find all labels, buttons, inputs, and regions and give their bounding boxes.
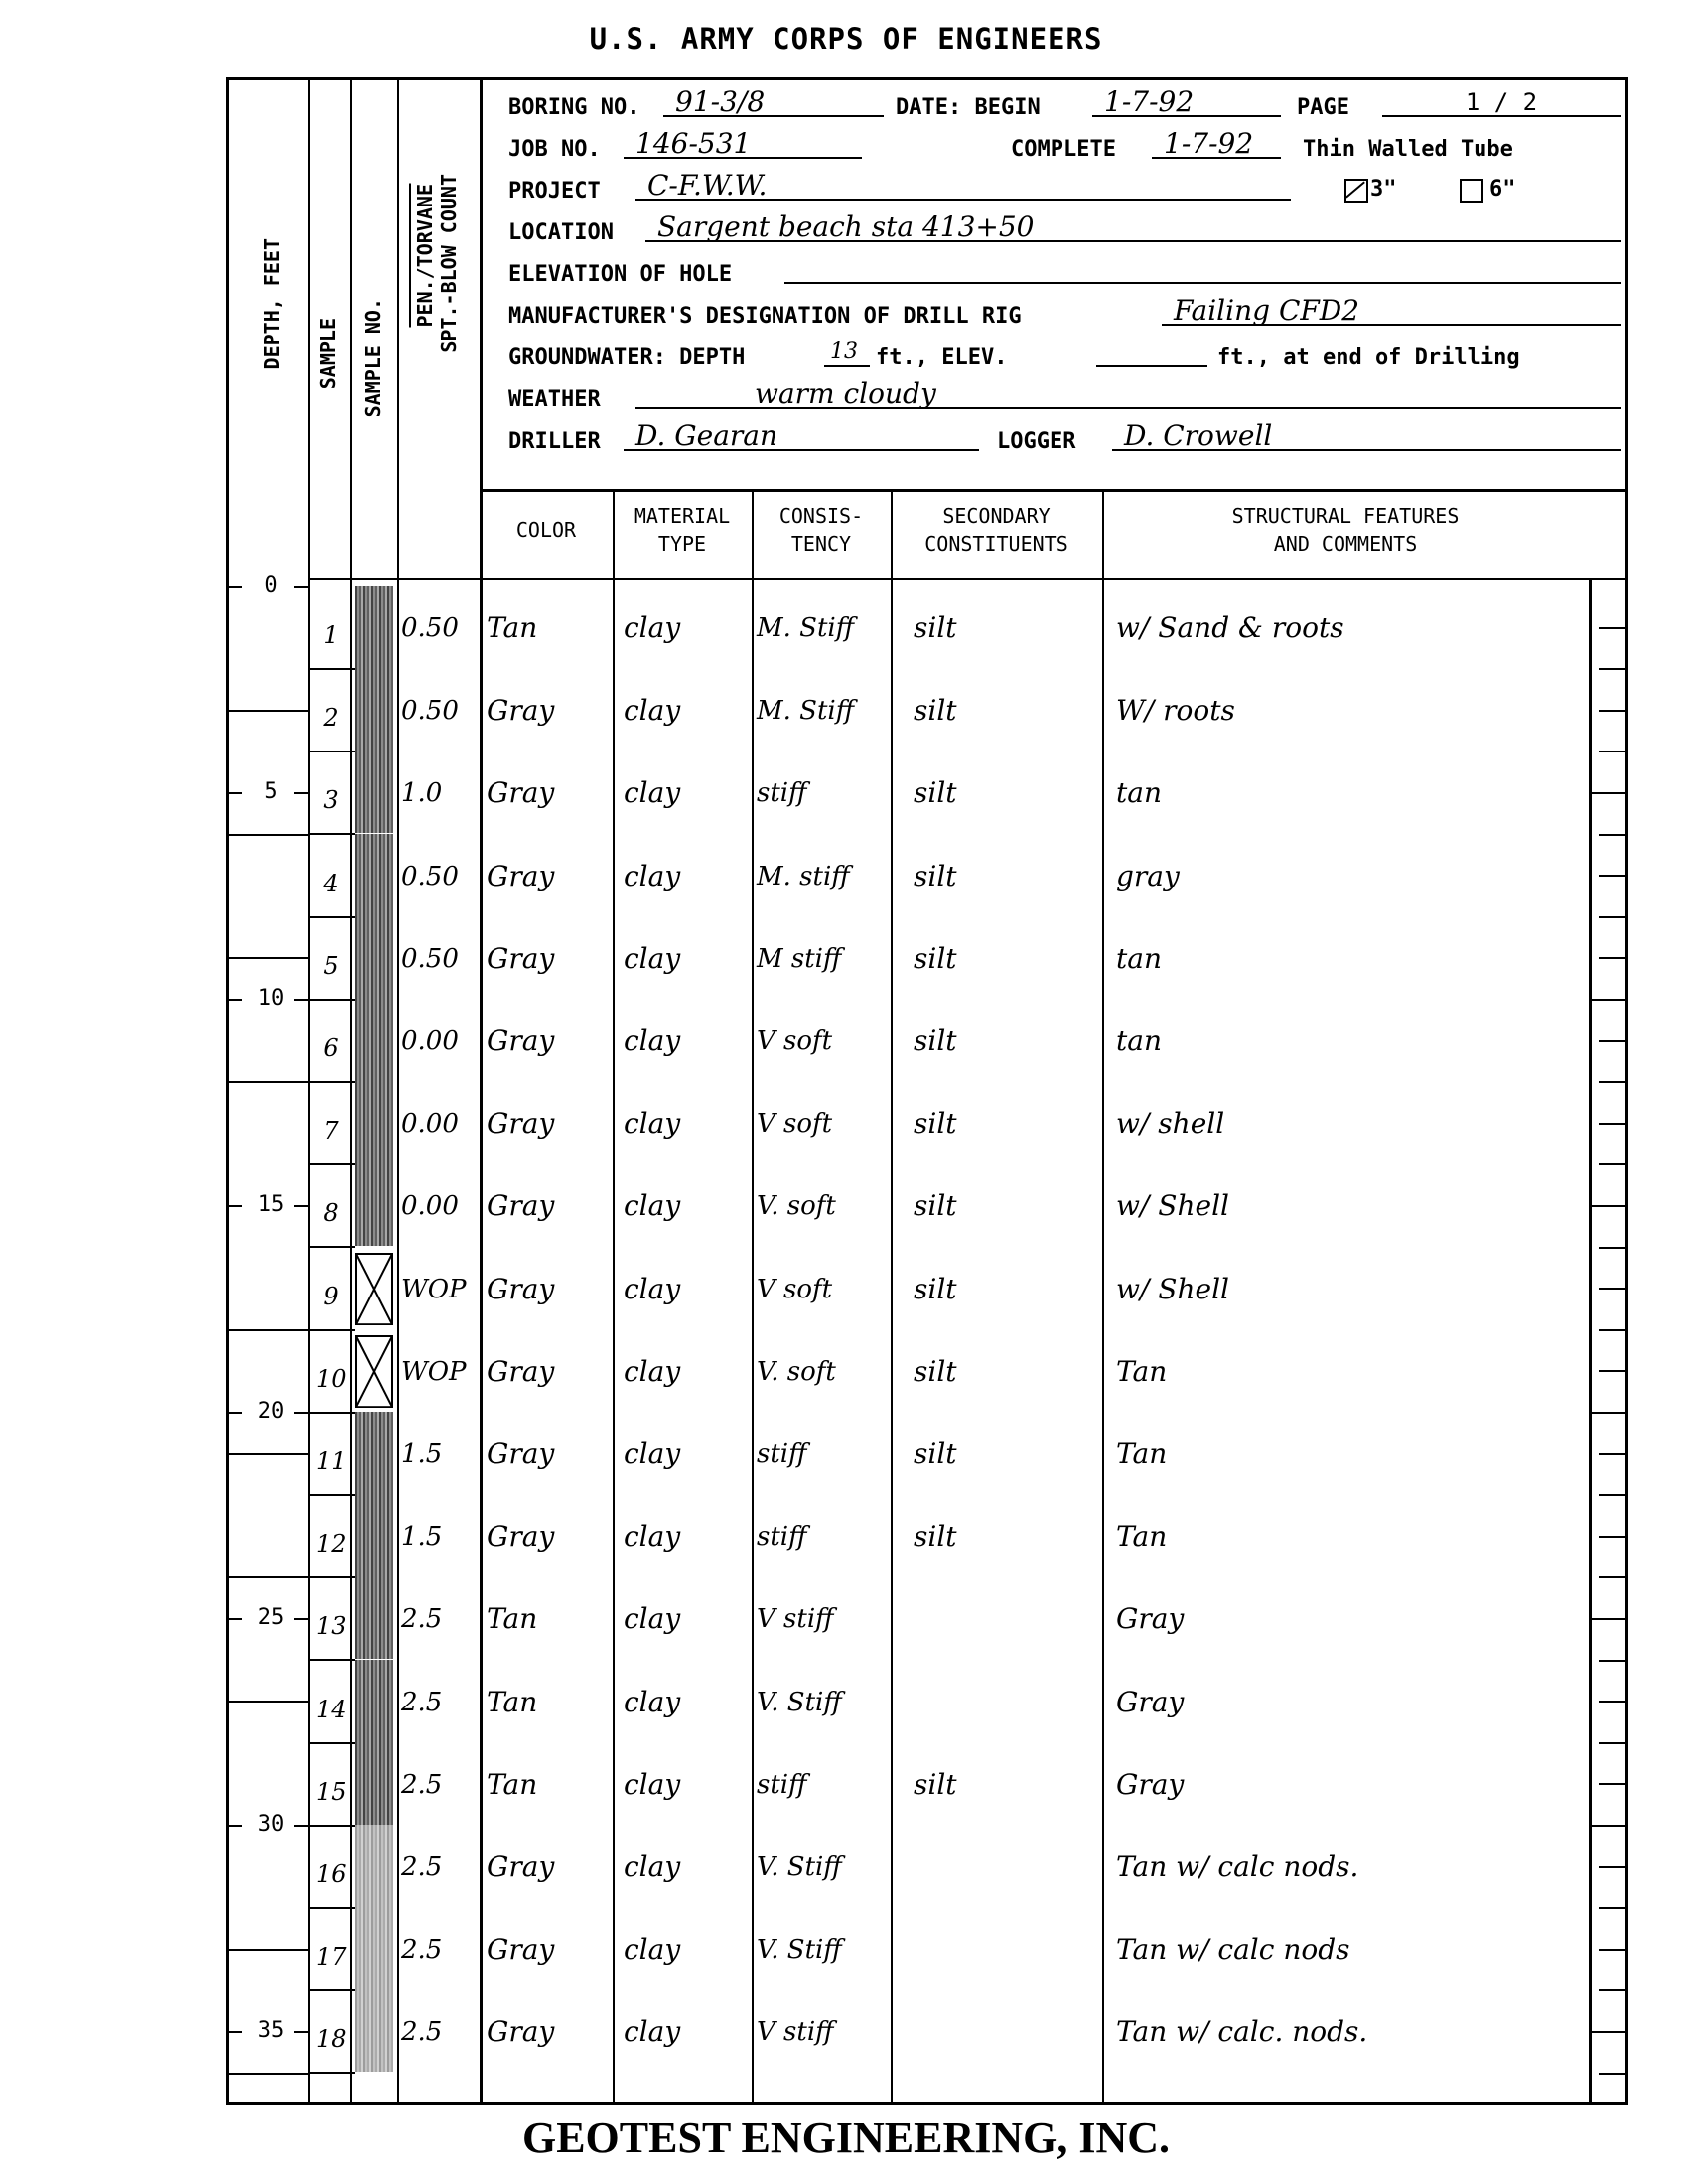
depth-major-tick-right (1591, 1618, 1628, 1620)
sample-number: 12 (316, 1530, 346, 1558)
depth-tick-right (1599, 1123, 1628, 1125)
depth-major-tick-right (1591, 1412, 1628, 1414)
sample-divider (308, 1081, 355, 1083)
cell-comments: Gray (1116, 1768, 1184, 1802)
cell-secondary: silt (914, 776, 957, 810)
cell-material: clay (624, 1107, 680, 1141)
cell-consistency: V soft (757, 1024, 832, 1058)
cell-comments: tan (1116, 942, 1162, 976)
sample-number: 18 (316, 2025, 346, 2053)
cell-color: Gray (487, 860, 554, 893)
cell-secondary: silt (914, 1520, 957, 1554)
cell-pen: WOP (401, 1273, 467, 1306)
page-field[interactable]: 1 / 2 (1382, 87, 1621, 117)
cell-secondary: silt (914, 1107, 957, 1141)
depth-tick-right (1599, 1040, 1628, 1042)
cell-consistency: stiff (757, 1520, 807, 1554)
cell-comments: W/ roots (1116, 694, 1235, 728)
depth-tick-right (1599, 751, 1628, 752)
sample-core-graphic (355, 751, 393, 833)
cell-color: Gray (487, 776, 554, 810)
cell-secondary: silt (914, 860, 957, 893)
depth-tick-right (1599, 627, 1628, 629)
sample-core-graphic (355, 1412, 393, 1494)
sample-core-graphic (355, 1494, 393, 1576)
cell-consistency: V. soft (757, 1189, 836, 1223)
cell-material: clay (624, 1355, 680, 1389)
end-of-drilling-label: ft., at end of Drilling (1217, 345, 1520, 370)
cell-secondary: silt (914, 612, 957, 645)
depth-major-tick (226, 1205, 242, 1207)
cell-color: Gray (487, 1273, 554, 1306)
column-header-bottom-rule (308, 578, 1628, 580)
depth-tick-right (1599, 1866, 1628, 1868)
depth-label: 35 (253, 2020, 289, 2042)
cell-secondary: silt (914, 694, 957, 728)
depth-tick-right (1599, 1701, 1628, 1703)
job-no-field[interactable]: 146-531 (624, 129, 862, 159)
depth-tick-right (1599, 668, 1628, 670)
tube-6in-label: 6" (1489, 177, 1516, 202)
cell-material: clay (624, 1850, 680, 1884)
header-sample: SAMPLE (316, 318, 340, 389)
depth-tick-right (1599, 1783, 1628, 1785)
drill-rig-field[interactable]: Failing CFD2 (1162, 296, 1621, 326)
weather-field[interactable]: warm cloudy (635, 379, 1621, 409)
cell-consistency: M. stiff (757, 860, 850, 893)
cell-consistency: stiff (757, 776, 807, 810)
depth-tick-right (1599, 1536, 1628, 1538)
thin-walled-tube-label: Thin Walled Tube (1303, 137, 1513, 162)
sample-core-graphic (355, 1576, 393, 1659)
cell-pen: WOP (401, 1355, 467, 1389)
info-bottom-rule (480, 489, 1628, 492)
elevation-field[interactable] (784, 254, 1621, 284)
sample-divider (308, 1246, 355, 1248)
depth-major-tick (226, 586, 242, 588)
cell-comments: w/ Sand & roots (1116, 612, 1344, 645)
location-label: LOCATION (508, 220, 614, 245)
cell-consistency: stiff (757, 1768, 807, 1802)
cell-secondary: silt (914, 1437, 957, 1471)
depth-major-tick-right (1591, 1825, 1628, 1827)
divider-pen (480, 77, 483, 2105)
job-no-label: JOB NO. (508, 137, 601, 162)
sample-number: 10 (316, 1365, 346, 1393)
sample-divider (308, 1412, 355, 1414)
page-label: PAGE (1297, 95, 1349, 120)
complete-field[interactable]: 1-7-92 (1152, 129, 1281, 159)
cell-comments: w/ Shell (1116, 1273, 1229, 1306)
cell-pen: 1.5 (401, 1437, 442, 1471)
sample-core-graphic (355, 1825, 393, 1907)
depth-tick (226, 1453, 310, 1455)
date-begin-field[interactable]: 1-7-92 (1092, 87, 1281, 117)
cell-pen: 0.50 (401, 942, 459, 976)
cell-consistency: V. Stiff (757, 1686, 842, 1719)
checkmark-icon (1345, 182, 1365, 199)
depth-tick (226, 1081, 310, 1083)
sample-number: 15 (316, 1778, 346, 1806)
cell-material: clay (624, 860, 680, 893)
divider-consistency (891, 490, 893, 2105)
cell-material: clay (624, 612, 680, 645)
depth-label: 25 (253, 1607, 289, 1629)
depth-major-tick (226, 999, 242, 1001)
depth-label: 5 (253, 781, 289, 803)
project-field[interactable]: C-F.W.W. (635, 171, 1291, 201)
cell-pen: 1.5 (401, 1520, 442, 1554)
tube-3in-label: 3" (1370, 177, 1397, 202)
depth-tick-right (1599, 1453, 1628, 1455)
project-label: PROJECT (508, 179, 601, 204)
company-footer: GEOTEST ENGINEERING, INC. (0, 2113, 1692, 2163)
cell-material: clay (624, 1024, 680, 1058)
sample-divider (308, 668, 355, 670)
depth-major-tick (294, 586, 310, 588)
sample-core-graphic (355, 668, 393, 751)
depth-tick (226, 710, 310, 712)
no-recovery-x-icon (355, 1335, 393, 1408)
cell-pen: 0.50 (401, 612, 459, 645)
groundwater-depth-field[interactable]: 13 (824, 338, 870, 367)
cell-pen: 0.50 (401, 694, 459, 728)
cell-consistency: M. Stiff (757, 694, 854, 728)
cell-secondary: silt (914, 1355, 957, 1389)
sample-divider (308, 1825, 355, 1827)
cell-material: clay (624, 1933, 680, 1967)
cell-consistency: V stiff (757, 2015, 834, 2049)
cell-color: Gray (487, 1850, 554, 1884)
cell-comments: Tan (1116, 1520, 1167, 1554)
sample-number: 8 (316, 1199, 346, 1227)
col-header-structural-line1: STRUCTURAL FEATURES (1102, 502, 1589, 530)
sample-number: 5 (316, 952, 346, 980)
cell-consistency: stiff (757, 1437, 807, 1471)
cell-color: Gray (487, 942, 554, 976)
cell-comments: Tan w/ calc. nods. (1116, 2015, 1367, 2049)
elevation-label: ELEVATION OF HOLE (508, 262, 732, 287)
cell-consistency: M stiff (757, 942, 841, 976)
cell-material: clay (624, 694, 680, 728)
depth-tick (226, 1329, 310, 1331)
sample-divider (308, 1742, 355, 1744)
depth-major-tick (226, 1618, 242, 1620)
cell-material: clay (624, 2015, 680, 2049)
cell-color: Gray (487, 1024, 554, 1058)
sample-core-graphic (355, 999, 393, 1081)
cell-material: clay (624, 1273, 680, 1306)
sample-divider (308, 2072, 355, 2074)
cell-comments: gray (1116, 860, 1180, 893)
cell-consistency: V soft (757, 1273, 832, 1306)
cell-comments: Tan w/ calc nods. (1116, 1850, 1358, 1884)
depth-tick-right (1599, 1949, 1628, 1951)
sample-core-graphic (355, 1989, 393, 2072)
cell-pen: 2.5 (401, 1850, 442, 1884)
sample-core-graphic (355, 1163, 393, 1246)
depth-label: 20 (253, 1401, 289, 1423)
depth-major-tick (226, 792, 242, 794)
cell-secondary: silt (914, 1273, 957, 1306)
depth-label: 0 (253, 575, 289, 597)
depth-tick (226, 957, 310, 959)
cell-color: Tan (487, 1602, 537, 1636)
divider-color (613, 490, 615, 2105)
divider-comments (1589, 578, 1592, 2105)
depth-tick-right (1599, 1247, 1628, 1249)
sample-divider (308, 1659, 355, 1661)
cell-comments: w/ shell (1116, 1107, 1224, 1141)
col-header-secondary-line1: SECONDARY (891, 502, 1102, 530)
col-header-consistency-line1: CONSIS- (752, 502, 891, 530)
cell-pen: 0.50 (401, 860, 459, 893)
agency-title: U.S. ARMY CORPS OF ENGINEERS (0, 22, 1692, 56)
col-header-secondary-line2: CONSTITUENTS (891, 530, 1102, 558)
col-header-secondary: SECONDARY CONSTITUENTS (891, 502, 1102, 558)
cell-color: Tan (487, 612, 537, 645)
tube-6in-checkbox[interactable] (1460, 179, 1483, 203)
sample-core-graphic (355, 916, 393, 999)
depth-tick (226, 834, 310, 836)
cell-color: Gray (487, 2015, 554, 2049)
cell-secondary: silt (914, 942, 957, 976)
sample-divider (308, 1494, 355, 1496)
boring-no-label: BORING NO. (508, 95, 639, 120)
depth-tick-right (1599, 1370, 1628, 1372)
depth-tick-right (1599, 1660, 1628, 1662)
sample-divider (308, 1989, 355, 1991)
tube-3in-checkbox[interactable] (1344, 179, 1368, 203)
cell-color: Gray (487, 1189, 554, 1223)
logger-label: LOGGER (997, 429, 1075, 454)
col-header-color: COLOR (480, 516, 613, 544)
cell-color: Gray (487, 1437, 554, 1471)
depth-tick-right (1599, 710, 1628, 712)
sample-number: 11 (316, 1447, 346, 1475)
sample-number: 4 (316, 870, 346, 897)
cell-color: Gray (487, 1933, 554, 1967)
depth-tick-right (1599, 1288, 1628, 1290)
cell-color: Tan (487, 1768, 537, 1802)
header-spt-blow-count: SPT.-BLOW COUNT (437, 174, 461, 353)
col-header-structural-line2: AND COMMENTS (1102, 530, 1589, 558)
cell-comments: Tan w/ calc nods (1116, 1933, 1350, 1967)
sample-divider (308, 751, 355, 752)
sample-number: 2 (316, 704, 346, 732)
cell-pen: 2.5 (401, 1933, 442, 1967)
driller-label: DRILLER (508, 429, 601, 454)
complete-label: COMPLETE (1011, 137, 1116, 162)
cell-pen: 2.5 (401, 2015, 442, 2049)
cell-material: clay (624, 1520, 680, 1554)
depth-label: 10 (253, 988, 289, 1010)
cell-pen: 0.00 (401, 1189, 459, 1223)
sample-number: 17 (316, 1943, 346, 1971)
depth-major-tick (294, 1205, 310, 1207)
cell-comments: tan (1116, 776, 1162, 810)
sample-core-graphic (355, 1742, 393, 1825)
cell-material: clay (624, 1768, 680, 1802)
col-header-structural: STRUCTURAL FEATURES AND COMMENTS (1102, 502, 1589, 558)
cell-pen: 2.5 (401, 1768, 442, 1802)
sample-number: 3 (316, 786, 346, 814)
depth-tick-right (1599, 2073, 1628, 2075)
depth-label: 30 (253, 1814, 289, 1836)
cell-comments: Tan (1116, 1437, 1167, 1471)
cell-consistency: V. soft (757, 1355, 836, 1389)
cell-material: clay (624, 1189, 680, 1223)
header-sample-no: SAMPLE NO. (361, 298, 385, 417)
depth-major-tick-right (1591, 2031, 1628, 2033)
depth-tick-right (1599, 875, 1628, 877)
depth-tick-right (1599, 916, 1628, 918)
divider-sample (350, 77, 352, 2105)
cell-comments: tan (1116, 1024, 1162, 1058)
depth-major-tick (226, 1825, 242, 1827)
sample-divider (308, 1907, 355, 1909)
depth-tick-right (1599, 1989, 1628, 1991)
logger-field[interactable]: D. Crowell (1112, 421, 1621, 451)
depth-tick-right (1599, 834, 1628, 836)
cell-consistency: V soft (757, 1107, 832, 1141)
sample-number: 1 (316, 621, 346, 649)
cell-pen: 2.5 (401, 1602, 442, 1636)
cell-pen: 1.0 (401, 776, 442, 810)
cell-comments: w/ Shell (1116, 1189, 1229, 1223)
sample-number: 16 (316, 1860, 346, 1888)
sample-divider (308, 916, 355, 918)
sample-divider (308, 999, 355, 1001)
boring-no-field[interactable]: 91-3/8 (663, 87, 884, 117)
cell-comments: Gray (1116, 1686, 1184, 1719)
divider-sample-no (397, 77, 399, 2105)
cell-secondary: silt (914, 1189, 957, 1223)
depth-major-tick-right (1591, 1205, 1628, 1207)
sample-core-graphic (355, 1660, 393, 1742)
sample-core-graphic (355, 1907, 393, 1989)
col-header-consistency-line2: TENCY (752, 530, 891, 558)
sample-core-graphic (355, 834, 393, 916)
col-header-consistency: CONSIS- TENCY (752, 502, 891, 558)
depth-label: 15 (253, 1194, 289, 1216)
cell-color: Gray (487, 1520, 554, 1554)
cell-consistency: V stiff (757, 1602, 834, 1636)
sample-number: 14 (316, 1696, 346, 1723)
cell-comments: Tan (1116, 1355, 1167, 1389)
cell-pen: 0.00 (401, 1024, 459, 1058)
divider-depth (308, 77, 310, 2105)
cell-consistency: M. Stiff (757, 612, 854, 645)
depth-tick (226, 1949, 310, 1951)
depth-tick (226, 2073, 310, 2075)
ft-elev-label: ft., ELEV. (876, 345, 1007, 370)
cell-color: Tan (487, 1686, 537, 1719)
cell-color: Gray (487, 694, 554, 728)
cell-secondary: silt (914, 1024, 957, 1058)
col-header-material-line2: TYPE (613, 530, 752, 558)
cell-pen: 2.5 (401, 1686, 442, 1719)
drill-rig-label: MANUFACTURER'S DESIGNATION OF DRILL RIG (508, 304, 1022, 329)
location-field[interactable]: Sargent beach sta 413+50 (645, 212, 1621, 242)
depth-tick (226, 1701, 310, 1703)
depth-tick (226, 1576, 310, 1578)
sample-core-graphic (355, 1081, 393, 1163)
cell-material: clay (624, 1437, 680, 1471)
cell-color: Gray (487, 1355, 554, 1389)
date-begin-label: DATE: BEGIN (896, 95, 1041, 120)
depth-major-tick-right (1591, 792, 1628, 794)
depth-major-tick (226, 1412, 242, 1414)
depth-tick-right (1599, 957, 1628, 959)
depth-tick-right (1599, 1907, 1628, 1909)
depth-major-tick (294, 1618, 310, 1620)
depth-tick-right (1599, 1081, 1628, 1083)
cell-material: clay (624, 776, 680, 810)
cell-secondary: silt (914, 1768, 957, 1802)
sample-core-graphic (355, 586, 393, 668)
depth-tick-right (1599, 1329, 1628, 1331)
depth-tick-right (1599, 1163, 1628, 1165)
depth-tick-right (1599, 1576, 1628, 1578)
cell-consistency: V. Stiff (757, 1933, 842, 1967)
sample-number: 7 (316, 1117, 346, 1145)
groundwater-elev-field[interactable] (1096, 338, 1207, 367)
sample-divider (308, 1576, 355, 1578)
cell-comments: Gray (1116, 1602, 1184, 1636)
sample-number: 13 (316, 1612, 346, 1640)
cell-consistency: V. Stiff (757, 1850, 842, 1884)
divider-material (752, 490, 754, 2105)
sample-number: 9 (316, 1283, 346, 1310)
driller-field[interactable]: D. Gearan (624, 421, 979, 451)
cell-pen: 0.00 (401, 1107, 459, 1141)
depth-tick-right (1599, 1742, 1628, 1744)
col-header-material-type: MATERIAL TYPE (613, 502, 752, 558)
sample-divider (308, 833, 355, 835)
depth-major-tick (294, 792, 310, 794)
weather-label: WEATHER (508, 387, 601, 412)
no-recovery-x-icon (355, 1253, 393, 1325)
sample-divider (308, 1329, 355, 1331)
cell-color: Gray (487, 1107, 554, 1141)
depth-major-tick (294, 2031, 310, 2033)
col-header-material-line1: MATERIAL (613, 502, 752, 530)
sample-number: 6 (316, 1034, 346, 1062)
cell-material: clay (624, 942, 680, 976)
groundwater-depth-label: GROUNDWATER: DEPTH (508, 345, 745, 370)
cell-material: clay (624, 1686, 680, 1719)
header-pen-torvane: PEN./TORVANE (409, 184, 437, 328)
divider-secondary (1102, 490, 1104, 2105)
cell-material: clay (624, 1602, 680, 1636)
depth-major-tick-right (1591, 999, 1628, 1001)
depth-major-tick (226, 2031, 242, 2033)
depth-tick-right (1599, 1494, 1628, 1496)
header-depth-feet: DEPTH, FEET (260, 238, 284, 369)
sample-divider (308, 1163, 355, 1165)
